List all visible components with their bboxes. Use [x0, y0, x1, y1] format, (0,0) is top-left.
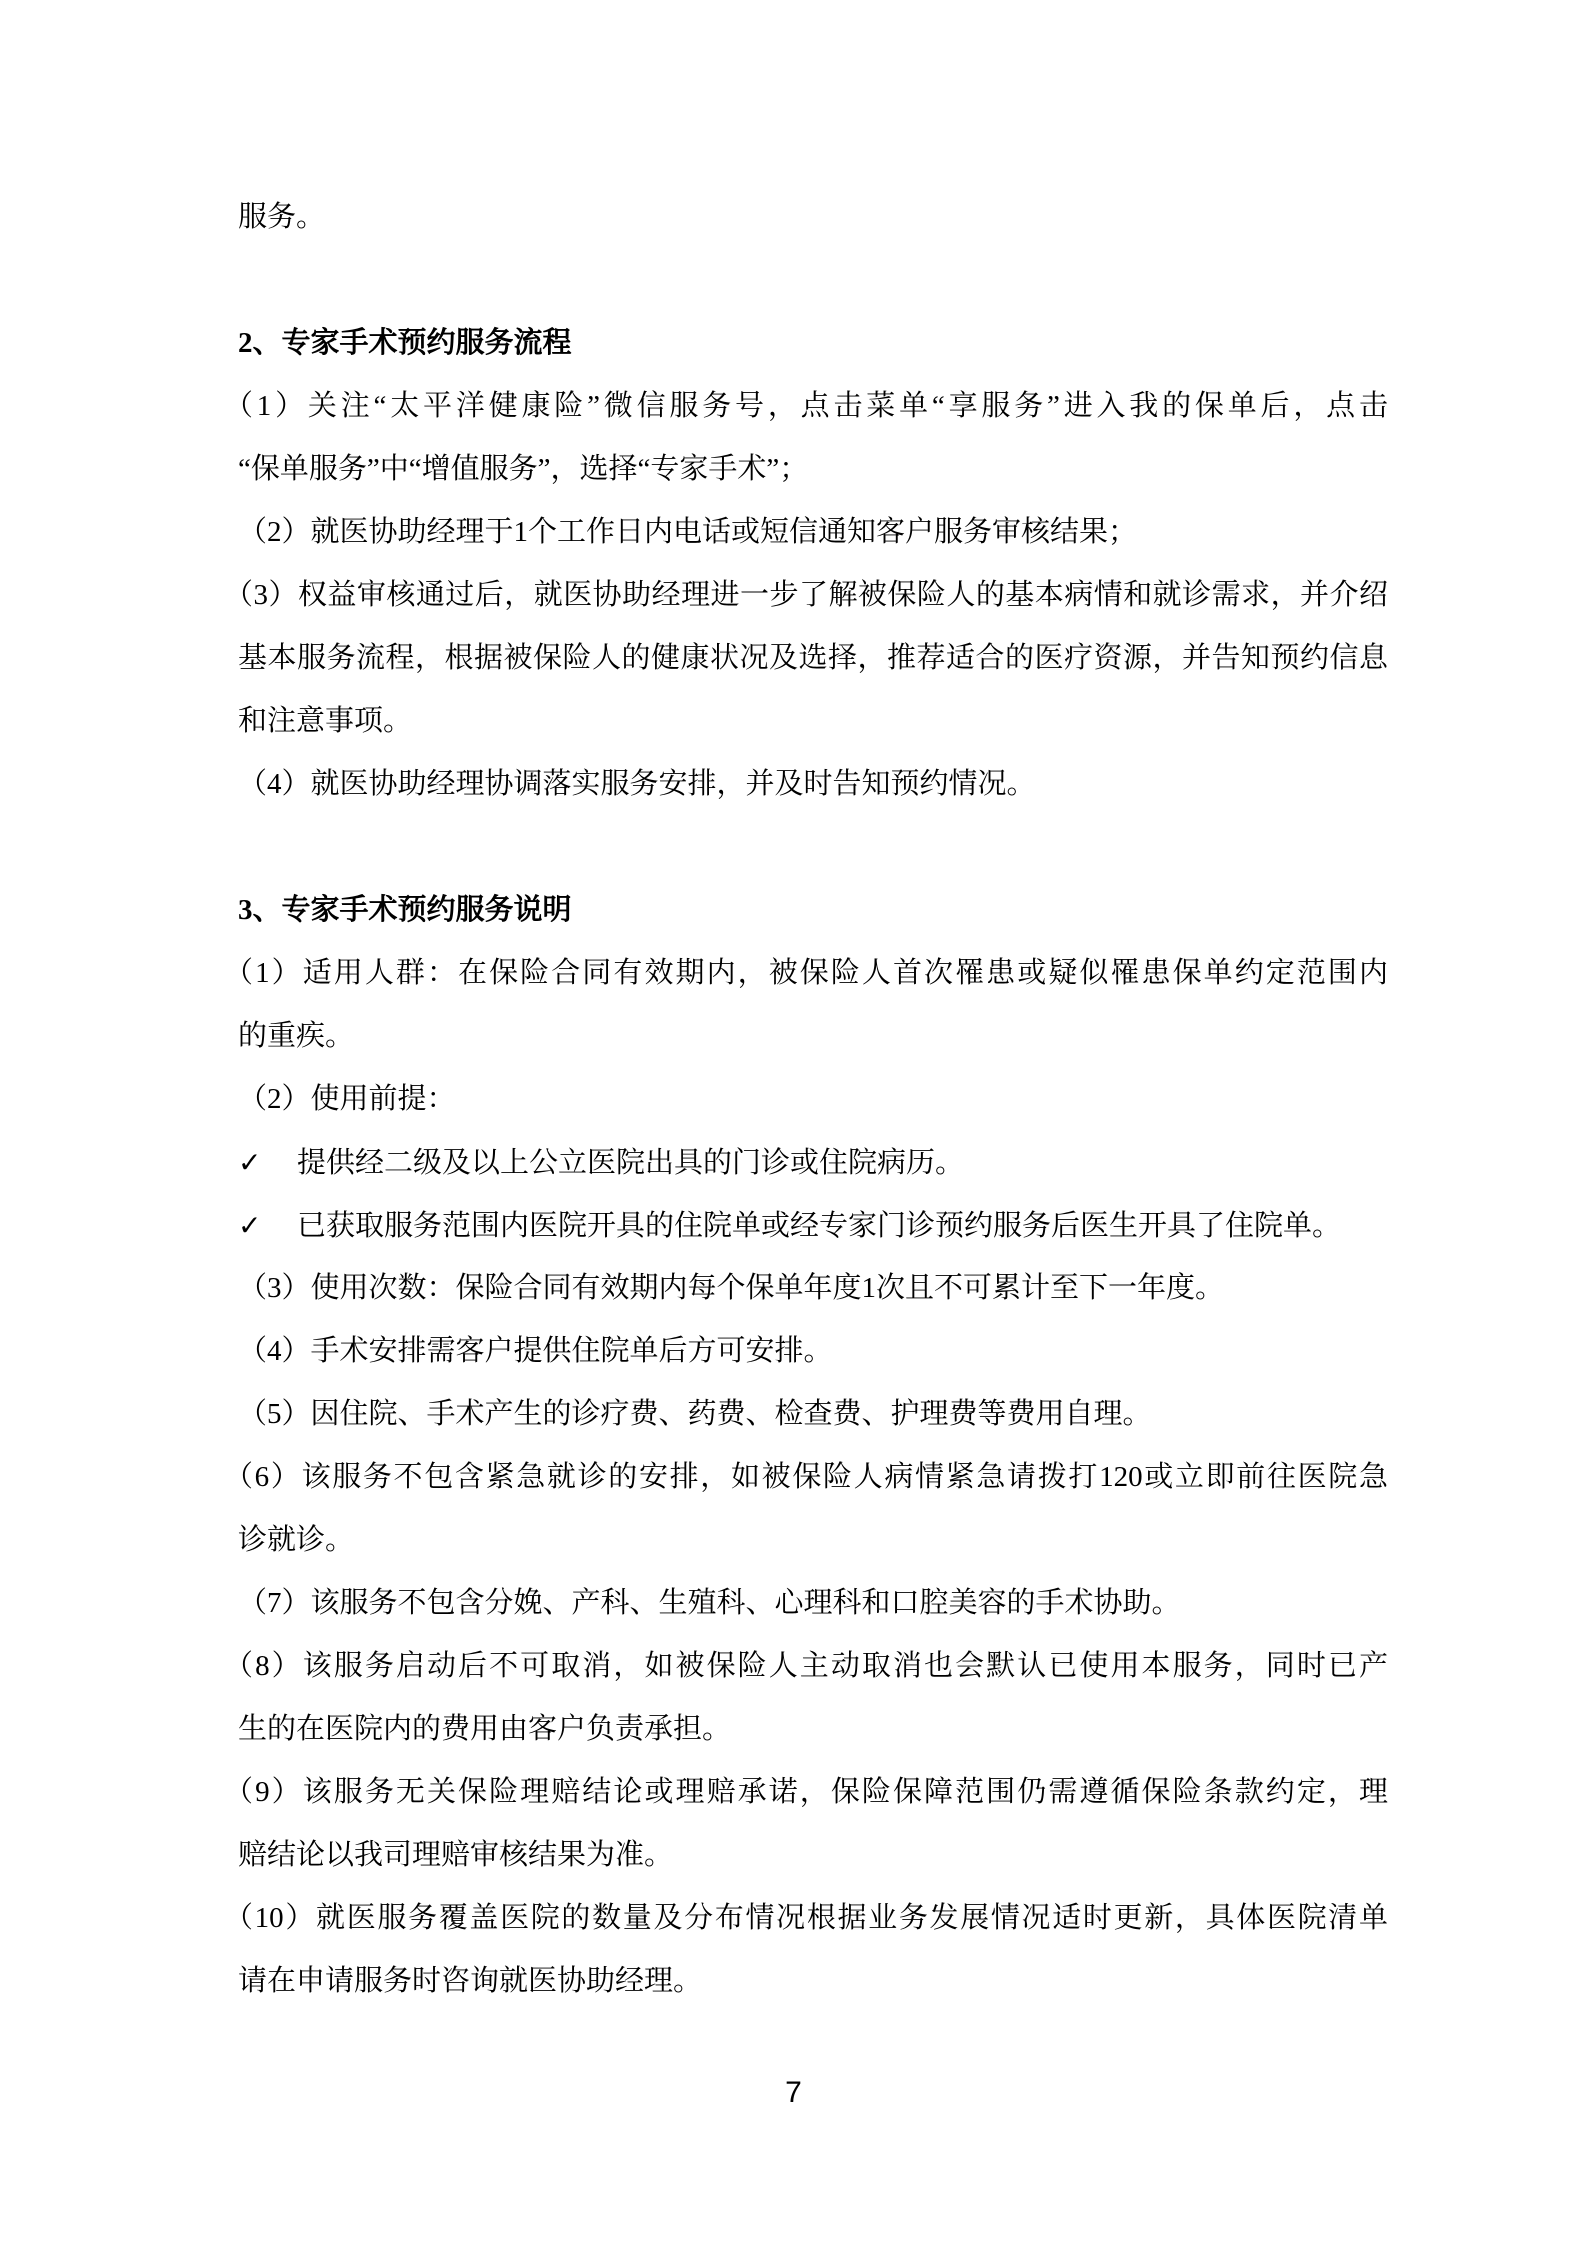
section-heading: 2、专家手术预约服务流程 [238, 312, 1388, 375]
text-line: （1）适用人群：在保险合同有效期内，被保险人首次罹患或疑似罹患保单约定范围内 [224, 942, 1388, 1005]
text-line: （3）使用次数：保险合同有效期内每个保单年度1次且不可累计至下一年度。 [238, 1257, 1388, 1320]
check-item-text: 已获取服务范围内医院开具的住院单或经专家门诊预约服务后医生开具了住院单。 [297, 1210, 1341, 1242]
text-line: （8）该服务启动后不可取消，如被保险人主动取消也会默认已使用本服务，同时已产 [224, 1635, 1388, 1698]
check-item: ✓已获取服务范围内医院开具的住院单或经专家门诊预约服务后医生开具了住院单。 [238, 1194, 1388, 1257]
text-line: （5）因住院、手术产生的诊疗费、药费、检查费、护理费等费用自理。 [238, 1383, 1388, 1446]
text-line: 和注意事项。 [238, 690, 1388, 753]
text-line: （4）手术安排需客户提供住院单后方可安排。 [238, 1320, 1388, 1383]
text-line: （2）使用前提： [238, 1068, 1388, 1131]
checkmark-icon: ✓ [238, 1131, 297, 1194]
document-body: 服务。2、专家手术预约服务流程（1）关注“太平洋健康险”微信服务号，点击菜单“享… [238, 186, 1388, 2013]
check-item: ✓提供经二级及以上公立医院出具的门诊或住院病历。 [238, 1131, 1388, 1194]
text-line: （3）权益审核通过后，就医协助经理进一步了解被保险人的基本病情和就诊需求，并介绍 [224, 564, 1388, 627]
text-line: （2）就医协助经理于1个工作日内电话或短信通知客户服务审核结果； [238, 501, 1388, 564]
checkmark-icon: ✓ [238, 1194, 297, 1257]
text-line: “保单服务”中“增值服务”，选择“专家手术”； [238, 438, 1388, 501]
text-line: （7）该服务不包含分娩、产科、生殖科、心理科和口腔美容的手术协助。 [238, 1572, 1388, 1635]
text-line: 的重疾。 [238, 1005, 1388, 1068]
text-line: 生的在医院内的费用由客户负责承担。 [238, 1698, 1388, 1761]
text-line: 基本服务流程，根据被保险人的健康状况及选择，推荐适合的医疗资源，并告知预约信息 [238, 627, 1388, 690]
blank-line [238, 249, 1388, 312]
check-item-text: 提供经二级及以上公立医院出具的门诊或住院病历。 [297, 1147, 964, 1179]
text-line: （1）关注“太平洋健康险”微信服务号，点击菜单“享服务”进入我的保单后，点击 [224, 375, 1388, 438]
document-page: 服务。2、专家手术预约服务流程（1）关注“太平洋健康险”微信服务号，点击菜单“享… [0, 0, 1587, 2245]
text-line: 赔结论以我司理赔审核结果为准。 [238, 1824, 1388, 1887]
page-number: 7 [0, 2076, 1587, 2110]
text-line: 诊就诊。 [238, 1509, 1388, 1572]
text-line: （9）该服务无关保险理赔结论或理赔承诺，保险保障范围仍需遵循保险条款约定，理 [224, 1761, 1388, 1824]
section-heading: 3、专家手术预约服务说明 [238, 879, 1388, 942]
text-line: 请在申请服务时咨询就医协助经理。 [238, 1950, 1388, 2013]
text-line: （10）就医服务覆盖医院的数量及分布情况根据业务发展情况适时更新，具体医院清单 [224, 1887, 1388, 1950]
text-line: 服务。 [238, 186, 1388, 249]
text-line: （6）该服务不包含紧急就诊的安排，如被保险人病情紧急请拨打120或立即前往医院急 [224, 1446, 1388, 1509]
blank-line [238, 816, 1388, 879]
text-line: （4）就医协助经理协调落实服务安排，并及时告知预约情况。 [238, 753, 1388, 816]
